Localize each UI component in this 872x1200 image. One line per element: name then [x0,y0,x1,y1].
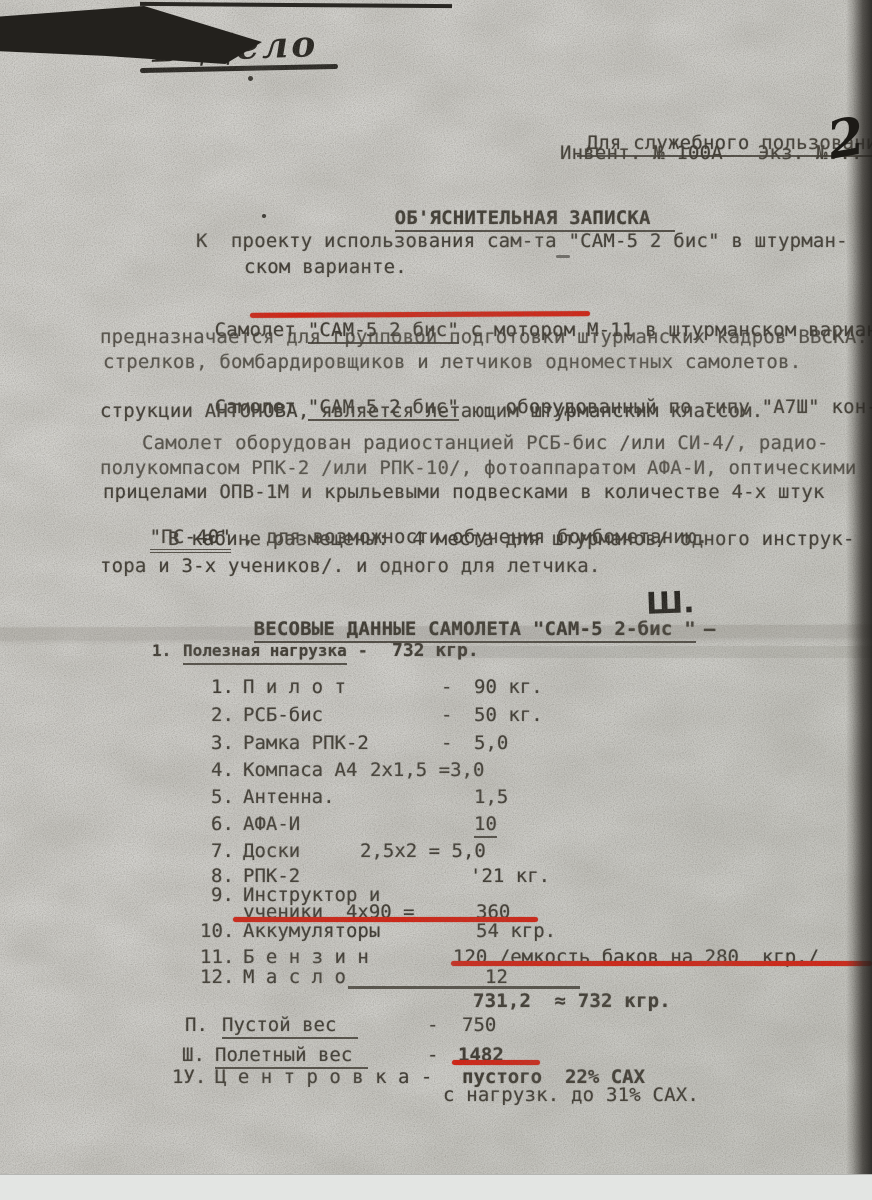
row-dash: - [427,1044,438,1066]
row-dash: - [441,732,452,754]
row-number: 5. [211,786,234,808]
row-value: 1,5 [474,786,508,808]
weight-row: 3. Рамка РПК-2 - 5,0 [0,732,872,754]
inventory-line: Инвент. № 100А Экз. №... [560,142,863,164]
row-value: 54 кгр. [476,920,556,942]
heading-dash: – [696,618,716,640]
row-number: 11. [200,946,234,968]
red-underline-instructor-students [233,917,538,922]
row-value: 750 [462,1014,496,1036]
total-line: 731,2 ≈ 732 кгр. [473,990,671,1012]
paragraph-line: ском варианте. [244,256,407,278]
row-number: 3. [211,732,234,754]
bottom-scan-band [0,1174,872,1200]
section-mark-handwriting: Ш. [645,585,695,622]
paragraph-line: предназначается для групповой подготовки… [100,326,868,348]
right-edge-shadow [846,0,872,1200]
row-label: Доски [243,840,300,862]
row-number: 1. [211,676,234,698]
payload-summary-row: 1. Полезная нагрузка - 732 кгр. [0,640,872,662]
row-label: М а с л о [243,966,346,988]
row-dash: - [358,640,368,662]
row-label: П и л о т [243,676,346,698]
red-underline-flight-weight [452,1060,540,1065]
row-value: 12 [485,966,508,988]
ink-speck [556,255,570,258]
weight-row: 2. РСБ-бис - 50 кг. [0,704,872,726]
row-number: 1. [152,640,171,662]
weight-row: 4. Компаса А4 2х1,5 =3,0 [0,759,872,781]
weight-row: 5. Антенна. 1,5 [0,786,872,808]
paragraph-line: струкции АНТОНОВА, является летающим шту… [100,400,763,422]
flight-weight-row: Ш. Полетный вес - 1482 [0,1044,872,1066]
row-label: Антенна. [243,786,335,808]
row-label: Рамка РПК-2 [243,732,369,754]
row-number: 6. [211,813,234,835]
row-number: 2. [211,704,234,726]
ink-speck [262,214,266,218]
row-label: Полезная нагрузка [183,640,347,665]
row-number: П. [185,1014,208,1036]
row-number: 1У. [172,1066,206,1088]
ink-speck [248,76,253,81]
row-label: Аккумуляторы [243,920,380,942]
paragraph-line: стрелков, бомбардировщиков и летчиков од… [103,351,801,373]
row-value: 2,5х2 = 5,0 [360,840,486,862]
paragraph-line: прицелами ОПВ-1М и крыльевыми подвесками… [103,481,825,503]
scanned-document-page: В Дело 2 Для служебного пользования Инве… [0,0,872,1200]
row-value: 5,0 [474,732,508,754]
row-dash: - [441,676,452,698]
cg-row: 1У. Ц е н т р о в к а - пустого 22% САХ [0,1066,872,1088]
row-value: 2х1,5 =3,0 [370,759,484,781]
torn-corner-mark [0,6,262,64]
red-underline-fuel [451,961,872,966]
weight-row: 7. Доски 2,5х2 = 5,0 [0,840,872,862]
row-number: 7. [211,840,234,862]
row-value: 90 кг. [474,676,543,698]
row-number: 10. [200,920,234,942]
row-label: РСБ-бис [243,704,323,726]
row-value: 50 кг. [474,704,543,726]
paragraph-line: К проекту использования сам-та "САМ-5 2 … [196,230,848,252]
paragraph-line: тора и 3-х учеников/. и одного для летчи… [100,555,600,577]
document-title-text: ОБ'ЯСНИТЕЛЬНАЯ ЗАПИСКА [395,207,675,232]
row-dash: - [427,1014,438,1036]
weight-row: 10. Аккумуляторы 54 кгр. [0,920,872,942]
top-edge-line [140,2,452,8]
row-label: Компаса А4 [243,759,357,781]
row-label: Пустой вес [222,1014,358,1039]
weight-row: 1. П и л о т - 90 кг. [0,676,872,698]
empty-weight-row: П. Пустой вес - 750 [0,1014,872,1036]
paragraph-line: В кабине размещены: 4 места для штурмано… [168,528,855,550]
row-label: Б е н з и н [243,946,369,968]
cg-row-continuation: с нагрузк. до 31% САХ. [443,1084,699,1106]
row-dash: - [441,704,452,726]
paragraph-line: полукомпасом РПК-2 /или РПК-10/, фотоапп… [100,457,857,479]
paragraph-line: Самолет оборудован радиостанцией РСБ-бис… [142,432,829,454]
row-label: АФА-И [243,813,300,835]
row-value: 10 [474,813,497,838]
weight-row: 6. АФА-И 10 [0,813,872,835]
weight-row: 12. М а с л о 12 [0,966,872,988]
row-label: Ц е н т р о в к а - [215,1066,432,1088]
row-number: 4. [211,759,234,781]
row-value: 732 кгр. [392,640,479,662]
row-number: Ш. [182,1044,205,1066]
row-number: 12. [200,966,234,988]
